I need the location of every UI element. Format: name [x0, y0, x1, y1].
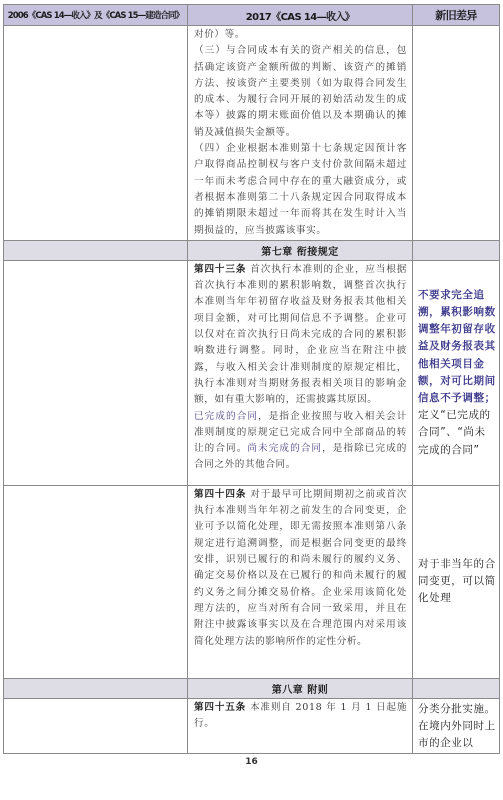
table-row: 第四十五条 本准则自 2018 年 1 月 1 日起施行。 分类分批实施。在境内…: [4, 698, 500, 753]
page-number: 16: [0, 757, 503, 767]
term: 已完成的合同: [194, 411, 258, 422]
old-cell: [4, 698, 188, 753]
header-old-standard: 2006《CAS 14—收入》及《CAS 15—建造合同》: [4, 5, 188, 26]
new-cell: 第四十五条 本准则自 2018 年 1 月 1 日起施行。: [188, 698, 413, 753]
header-differences: 新旧差异: [413, 5, 500, 26]
article-number: 第四十五条: [194, 702, 246, 713]
chapter-title: 第七章 衔接规定: [188, 240, 413, 260]
chapter-row: 第七章 衔接规定: [4, 240, 500, 260]
paragraph: （三）与合同成本有关的资产相关的信息，包括确定该资产金额所做的判断、该资产的摊销…: [194, 43, 407, 141]
diff-highlight: 不要求完全追溯，累积影响数调整年初留存收益及财务报表其他相关项目金额，对可比期间…: [413, 287, 499, 407]
paragraph: 第四十四条 对于最早可比期间期初之前或首次执行本准则当年年初之前发生的合同变更，…: [194, 487, 407, 650]
diff-cell: 对于非当年的合同变更，可以简化处理: [413, 485, 500, 678]
paragraph: （四）企业根据本准则第十七条规定因预计客户取得商品控制权与客户支付价款间隔未超过…: [194, 141, 407, 239]
diff-plain: 定义“已完成的合同”、“尚未完成的合同”: [413, 407, 499, 459]
chapter-title: 第八章 附则: [188, 678, 413, 698]
paragraph: 已完成的合同，是指企业按照与收入相关会计准则制度的原规定已完成合同中全部商品的转…: [194, 409, 407, 474]
article-number: 第四十三条: [194, 264, 246, 275]
term: 尚未完成的合同: [247, 443, 322, 454]
article-number: 第四十四条: [194, 489, 246, 500]
new-cell: 第四十四条 对于最早可比期间期初之前或首次执行本准则当年年初之前发生的合同变更，…: [188, 485, 413, 678]
table-header-row: 2006《CAS 14—收入》及《CAS 15—建造合同》 2017《CAS 1…: [4, 5, 500, 26]
diff-text: 对于非当年的合同变更，可以简化处理: [413, 556, 499, 608]
old-cell: [4, 26, 188, 241]
paragraph: 第四十五条 本准则自 2018 年 1 月 1 日起施行。: [194, 700, 407, 733]
header-new-standard: 2017《CAS 14—收入》: [188, 5, 413, 26]
table-row: 第四十三条 首次执行本准则的企业，应当根据首次执行本准则的累积影响数，调整首次执…: [4, 260, 500, 485]
old-cell: [4, 260, 188, 485]
old-cell: [4, 485, 188, 678]
table-row: 对价）等。 （三）与合同成本有关的资产相关的信息，包括确定该资产金额所做的判断、…: [4, 26, 500, 241]
table-row: 第四十四条 对于最早可比期间期初之前或首次执行本准则当年年初之前发生的合同变更，…: [4, 485, 500, 678]
chapter-row: 第八章 附则: [4, 678, 500, 698]
comparison-table: 2006《CAS 14—收入》及《CAS 15—建造合同》 2017《CAS 1…: [3, 4, 500, 754]
diff-text: 分类分批实施。在境内外同时上市的企业以: [413, 699, 499, 753]
diff-cell: 不要求完全追溯，累积影响数调整年初留存收益及财务报表其他相关项目金额，对可比期间…: [413, 260, 500, 485]
new-cell: 对价）等。 （三）与合同成本有关的资产相关的信息，包括确定该资产金额所做的判断、…: [188, 26, 413, 241]
new-cell: 第四十三条 首次执行本准则的企业，应当根据首次执行本准则的累积影响数，调整首次执…: [188, 260, 413, 485]
paragraph: 对价）等。: [194, 27, 407, 43]
diff-cell: [413, 26, 500, 241]
paragraph: 第四十三条 首次执行本准则的企业，应当根据首次执行本准则的累积影响数，调整首次执…: [194, 262, 407, 409]
diff-cell: 分类分批实施。在境内外同时上市的企业以: [413, 698, 500, 753]
